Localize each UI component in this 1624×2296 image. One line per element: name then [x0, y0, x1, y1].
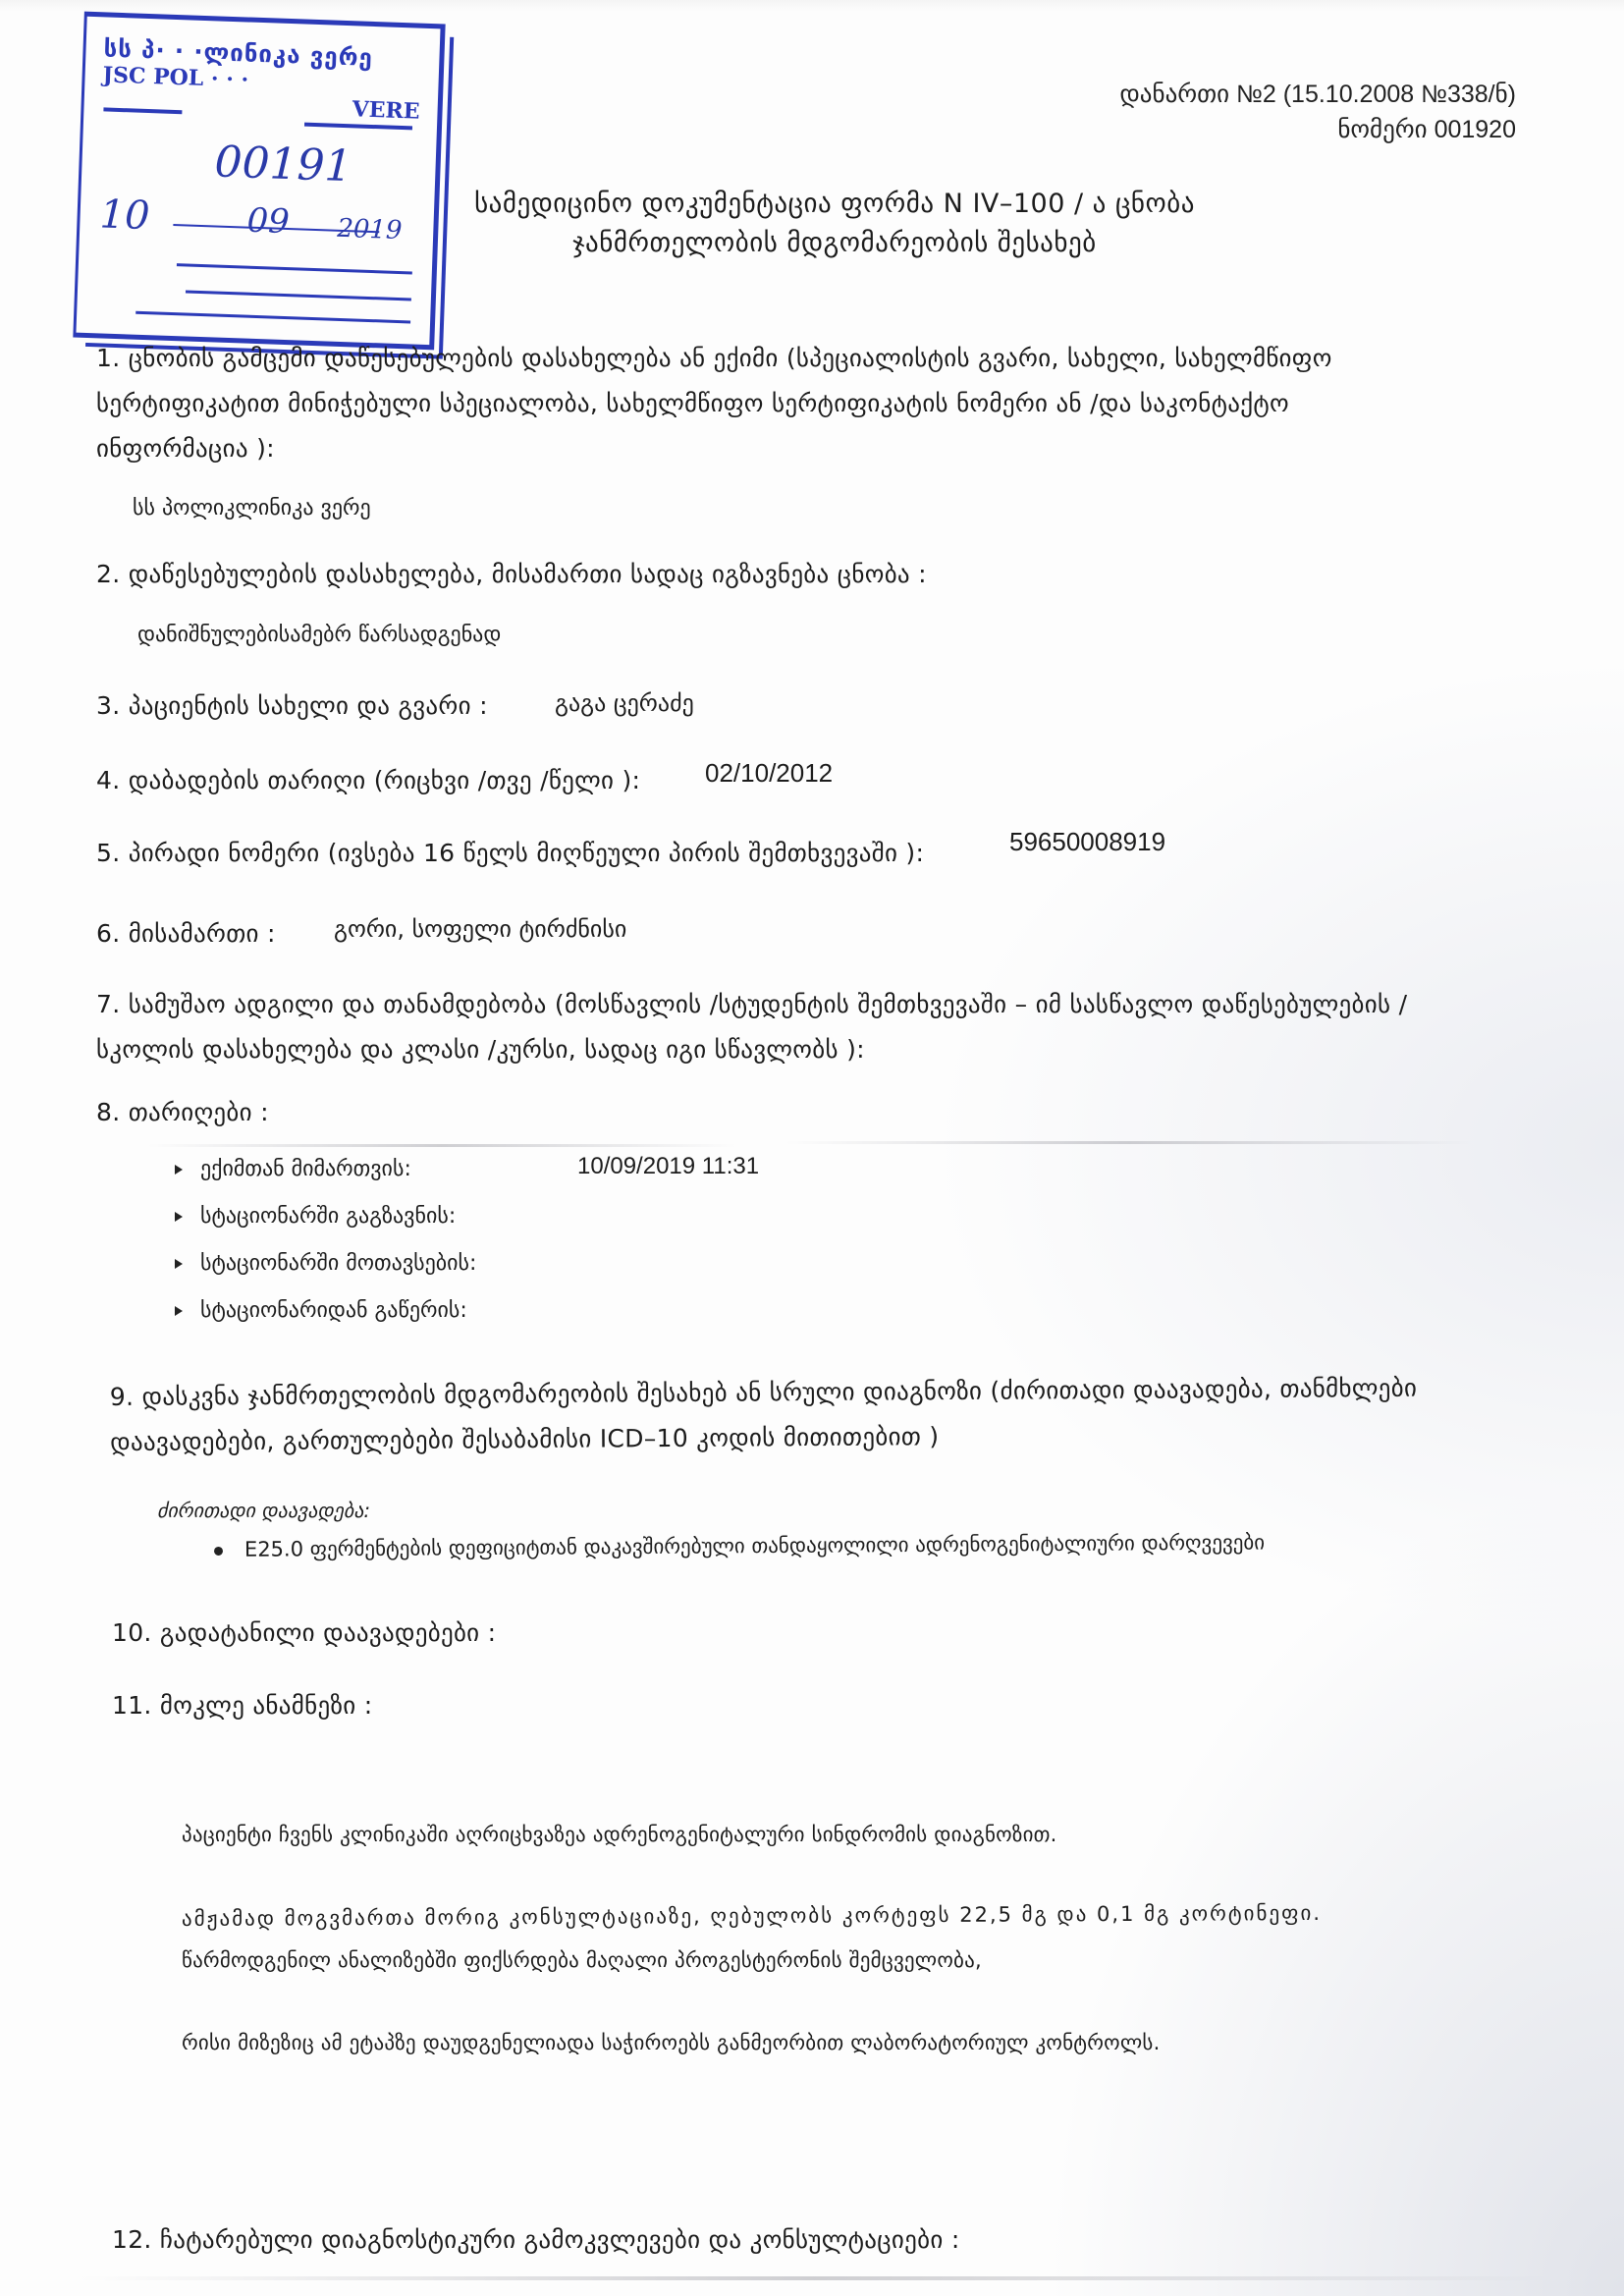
date-item-label: ექიმთან მიმართვის:	[200, 1157, 411, 1181]
patient-name-value: გაგა ცერაძე	[555, 689, 694, 717]
section-8-label: 8. თარიღები :	[96, 1090, 269, 1135]
date-item-label: სტაციონარიდან გაწერის:	[200, 1298, 467, 1323]
scan-edge-shadow	[79, 2276, 1551, 2280]
date-item-hospital-discharge: სტაციონარიდან გაწერის:	[175, 1298, 467, 1323]
scan-smudge	[147, 1144, 736, 1147]
bullet-dot-icon	[214, 1546, 223, 1555]
date-item-label: სტაციონარში მოთავსების:	[200, 1251, 476, 1276]
address-value: გორი, სოფელი ტირძნისი	[334, 915, 626, 943]
stamp-rule	[177, 263, 412, 274]
section-5-label: 5. პირადი ნომერი (ივსება 16 წელს მიღწეულ…	[96, 831, 924, 876]
diagnosis-item: E25.0 ფერმენტების დეფიციტთან დაკავშირებუ…	[214, 1531, 1265, 1561]
doctor-visit-datetime: 10/09/2019 11:31	[577, 1153, 759, 1180]
stamp-line-latin: JSC POL · · ·	[102, 62, 248, 92]
section-9: 9. დასკვნა ჯანმრთელობის მდგომარეობის შეს…	[110, 1366, 1418, 1465]
issuing-institution-value: სს პოლიკლინიკა ვერე	[133, 496, 371, 520]
annex-info: დანართი №2 (15.10.2008 №338/ნ) ნომერი 00…	[1119, 77, 1516, 147]
section-9-line-2: დაავადებები, გართულებები შესაბამისი ICD–…	[110, 1411, 1418, 1465]
stamp-rule	[186, 290, 411, 301]
birth-date-value: 02/10/2012	[705, 758, 833, 789]
date-item-label: სტაციონარში გაგზავნის:	[200, 1204, 456, 1229]
section-2-label: 2. დაწესებულების დასახელება, მისამართი ს…	[96, 552, 927, 597]
section-7-line-1: 7. სამუშაო ადგილი და თანამდებობა (მოსწავ…	[96, 982, 1407, 1027]
section-3-label: 3. პაციენტის სახელი და გვარი :	[96, 683, 488, 729]
section-4-label: 4. დაბადების თარიღი (რიცხვი /თვე /წელი )…	[96, 758, 640, 803]
section-9-line-1: 9. დასკვნა ჯანმრთელობის მდგომარეობის შეს…	[110, 1366, 1418, 1420]
stamp-date-month: 09	[246, 201, 291, 242]
diagnosis-text: E25.0 ფერმენტების დეფიციტთან დაკავშირებუ…	[244, 1531, 1265, 1561]
section-1-line-1: 1. ცნობის გამცემი დაწესებულების დასახელე…	[96, 336, 1332, 381]
date-item-hospital-admission: სტაციონარში მოთავსების:	[175, 1251, 476, 1276]
stamp-rule	[135, 311, 410, 324]
section-11-label: 11. მოკლე ანამნეზი :	[112, 1683, 373, 1728]
scan-smudge	[785, 1141, 1473, 1144]
section-12-label: 12. ჩატარებული დიაგნოსტიკური გამოკვლევებ…	[112, 2217, 960, 2263]
main-disease-label: ძირითადი დაავადება:	[157, 1499, 370, 1522]
section-6-label: 6. მისამართი :	[96, 911, 276, 957]
bullet-triangle-icon	[175, 1259, 183, 1269]
annex-reference: დანართი №2 (15.10.2008 №338/ნ)	[1119, 77, 1516, 112]
date-item-doctor-visit: ექიმთან მიმართვის:	[175, 1157, 411, 1181]
section-1-line-3: ინფორმაცია ):	[96, 426, 1332, 471]
bullet-triangle-icon	[175, 1306, 183, 1316]
section-1: 1. ცნობის გამცემი დაწესებულების დასახელე…	[96, 336, 1332, 471]
document-number: ნომერი 001920	[1119, 112, 1516, 147]
section-7: 7. სამუშაო ადგილი და თანამდებობა (მოსწავ…	[96, 982, 1407, 1072]
date-item-hospital-referral: სტაციონარში გაგზავნის:	[175, 1204, 456, 1229]
document-title: სამედიცინო დოკუმენტაცია ფორმა N IV–100 /…	[452, 185, 1218, 263]
bullet-triangle-icon	[175, 1165, 183, 1175]
anamnesis-paragraph-2: ამჟამად მოგვმართა მორიგ კონსულტაციაზე, ღ…	[182, 1901, 1322, 1931]
section-7-line-2: სკოლის დასახელება და კლასი /კურსი, სადაც…	[96, 1027, 1407, 1072]
anamnesis-paragraph-1: პაციენტი ჩვენს კლინიკაში აღრიცხვაზეა ადრ…	[182, 1823, 1057, 1846]
anamnesis-paragraph-4: რისი მიზეზიც ამ ეტაპზე დაუდგენელიადა საჭ…	[182, 2031, 1160, 2054]
recipient-value: დანიშნულებისამებრ წარსადგენად	[137, 623, 501, 647]
stamp-rule	[103, 107, 182, 114]
clinic-stamp: სს პ· · ·ლინიკა ვერე JSC POL · · · VERE …	[73, 12, 445, 351]
stamp-line-vere: VERE	[352, 96, 420, 124]
title-line-1: სამედიცინო დოკუმენტაცია ფორმა N IV–100 /…	[452, 185, 1218, 224]
stamp-date-year: 2019	[337, 214, 403, 246]
title-line-2: ჯანმრთელობის მდგომარეობის შესახებ	[452, 224, 1218, 263]
bullet-triangle-icon	[175, 1212, 183, 1222]
anamnesis-paragraph-3: წარმოდგენილ ანალიზებში ფიქსრდება მაღალი …	[182, 1948, 982, 1972]
stamp-date-day: 10	[99, 191, 150, 239]
stamp-registration-number: 00191	[214, 137, 353, 191]
section-1-line-2: სერტიფიკატით მინიჭებული სპეციალობა, სახე…	[96, 381, 1332, 426]
personal-number-value: 59650008919	[1009, 827, 1165, 857]
section-10-label: 10. გადატანილი დაავადებები :	[112, 1611, 496, 1656]
